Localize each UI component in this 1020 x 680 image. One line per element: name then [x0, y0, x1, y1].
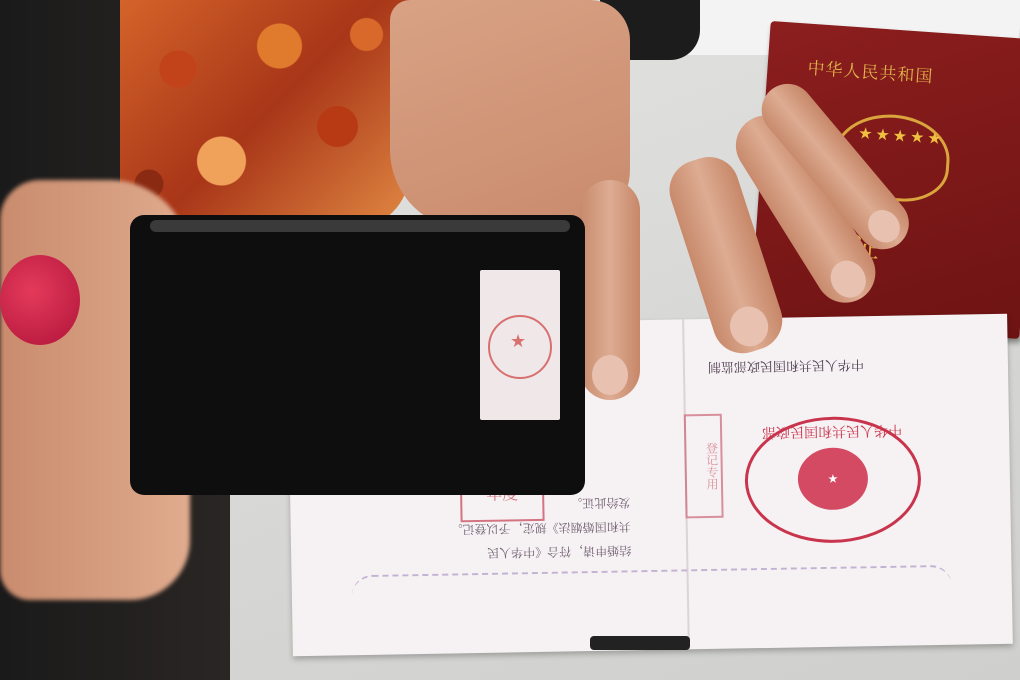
- fingernail: [725, 302, 774, 352]
- torn-edge: [590, 636, 690, 650]
- vertical-stamp: 登记专用: [684, 414, 724, 519]
- window-seal: ★: [488, 315, 552, 379]
- fingernail: [592, 355, 628, 395]
- official-seal: 中华人民共和国民政部 ★: [744, 415, 922, 544]
- emblem-stars-icon: ★★★★★: [858, 123, 946, 148]
- floral-sleeve: [120, 0, 410, 230]
- fingernail: [862, 204, 907, 249]
- stamper-highlight: [150, 220, 570, 232]
- seal-text: 中华人民共和国民政部: [757, 421, 907, 444]
- issuer-line: 中华人民共和国民政部监制: [708, 356, 864, 378]
- seal-emblem-icon: ★: [797, 447, 868, 510]
- booklet-title: 中华人民共和国: [807, 54, 934, 88]
- stamper-window: ★: [480, 270, 560, 420]
- stamp-handle-ball: [0, 255, 80, 345]
- index-finger: [580, 180, 640, 400]
- rubber-stamper: ★: [130, 215, 585, 495]
- floral-border-decoration: [352, 565, 953, 617]
- star-icon: ★: [510, 331, 526, 352]
